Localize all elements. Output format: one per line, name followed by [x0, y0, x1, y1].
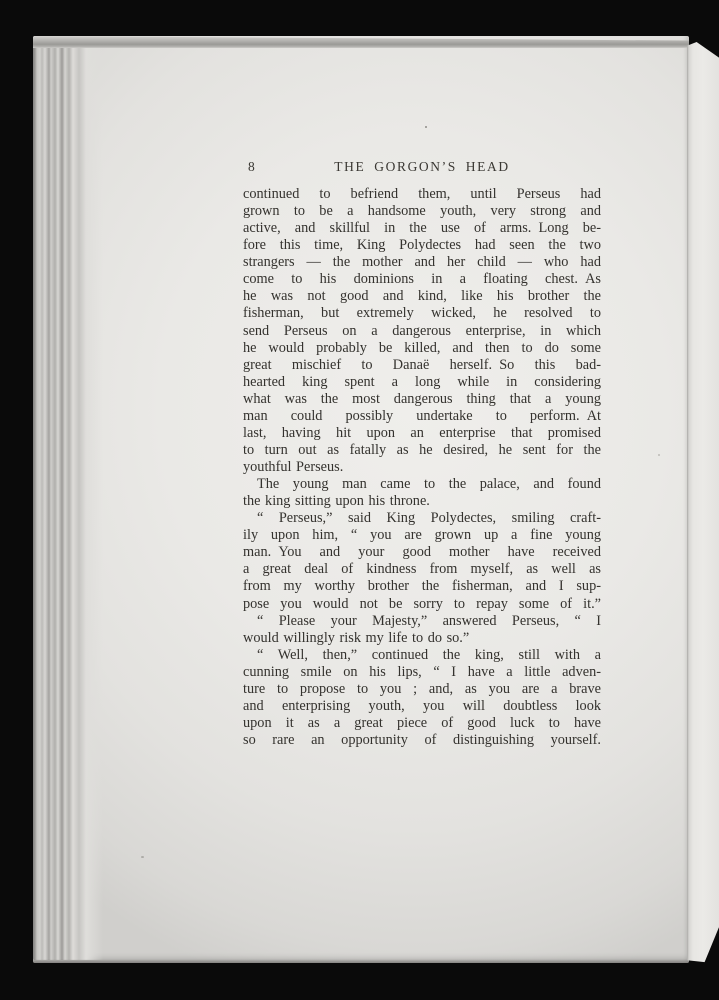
- text-line: cunning smile on his lips, “ I have a li…: [243, 664, 601, 681]
- text-line: upon it as a great piece of good luck to…: [243, 715, 601, 732]
- text-line: what was the most dangerous thing that a…: [243, 391, 601, 408]
- text-line: a great deal of kindness from myself, as…: [243, 561, 601, 578]
- text-line: continued to befriend them, until Perseu…: [243, 186, 601, 203]
- text-line: ture to propose to you ; and, as you are…: [243, 681, 601, 698]
- text-line: pose you would not be sorry to repay som…: [243, 596, 601, 613]
- book-page: 8 THE GORGON’S HEAD continued to befrien…: [33, 36, 689, 963]
- text-line: man. You and your good mother have recei…: [243, 544, 601, 561]
- text-line: The young man came to the palace, and fo…: [243, 476, 601, 493]
- text-line: so rare an opportunity of distinguishing…: [243, 732, 601, 749]
- text-line: “ Please your Majesty,” answered Perseus…: [243, 613, 601, 630]
- body-text: continued to befriend them, until Perseu…: [243, 186, 601, 749]
- page-top-edge: [33, 36, 689, 48]
- text-line: would willingly risk my life to do so.”: [243, 630, 601, 647]
- text-line: hearted king spent a long while in consi…: [243, 374, 601, 391]
- text-line: great mischief to Danaë herself. So this…: [243, 357, 601, 374]
- text-line: last, having hit upon an enterprise that…: [243, 425, 601, 442]
- facing-page-edge: [687, 42, 719, 964]
- dust-speck: [658, 454, 660, 456]
- page-bottom-edge: [33, 959, 689, 963]
- paragraph: “ Well, then,” continued the king, still…: [243, 647, 601, 749]
- paragraph: continued to befriend them, until Perseu…: [243, 186, 601, 476]
- text-line: youthful Perseus.: [243, 459, 601, 476]
- text-line: and enterprising youth, you will doubtle…: [243, 698, 601, 715]
- paragraph: The young man came to the palace, and fo…: [243, 476, 601, 510]
- dust-speck: [425, 126, 427, 128]
- paragraph: “ Please your Majesty,” answered Perseus…: [243, 613, 601, 647]
- dust-speck: [141, 856, 144, 858]
- text-line: he was not good and kind, like his broth…: [243, 288, 601, 305]
- text-line: strangers — the mother and her child — w…: [243, 254, 601, 271]
- paragraph: “ Perseus,” said King Polydectes, smilin…: [243, 510, 601, 612]
- running-title: THE GORGON’S HEAD: [334, 159, 509, 174]
- text-line: grown to be a handsome youth, very stron…: [243, 203, 601, 220]
- text-line: fisherman, but extremely wicked, he reso…: [243, 305, 601, 322]
- scan-background: 8 THE GORGON’S HEAD continued to befrien…: [0, 0, 719, 1000]
- text-line: the king sitting upon his throne.: [243, 493, 601, 510]
- text-line: send Perseus on a dangerous enterprise, …: [243, 323, 601, 340]
- page-header: 8 THE GORGON’S HEAD: [243, 158, 601, 175]
- text-line: man could possibly undertake to perform.…: [243, 408, 601, 425]
- text-line: fore this time, King Polydectes had seen…: [243, 237, 601, 254]
- text-line: active, and skillful in the use of arms.…: [243, 220, 601, 237]
- text-line: “ Well, then,” continued the king, still…: [243, 647, 601, 664]
- text-line: to turn out as fatally as he desired, he…: [243, 442, 601, 459]
- text-line: from my worthy brother the fisherman, an…: [243, 578, 601, 595]
- page-number: 8: [248, 158, 255, 175]
- page-gutter-edges: [33, 45, 103, 960]
- text-line: “ Perseus,” said King Polydectes, smilin…: [243, 510, 601, 527]
- text-line: he would probably be killed, and then to…: [243, 340, 601, 357]
- text-line: ily upon him, “ you are grown up a fine …: [243, 527, 601, 544]
- text-line: come to his dominions in a floating ches…: [243, 271, 601, 288]
